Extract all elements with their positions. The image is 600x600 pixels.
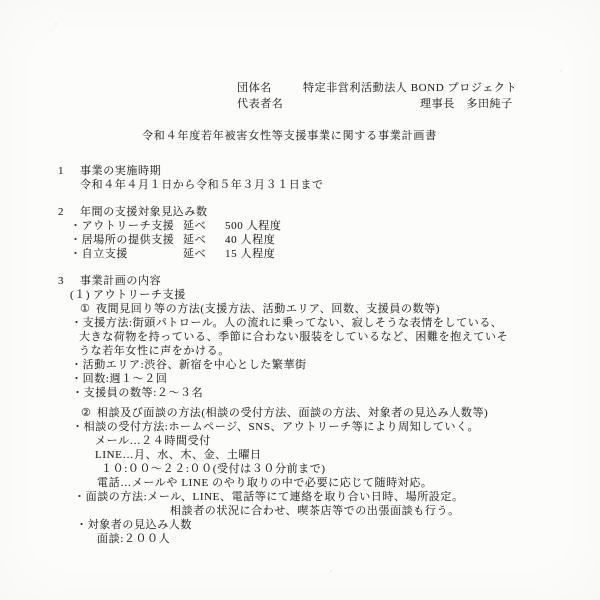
support-count: 15 人程度: [225, 248, 275, 260]
section-1-number: 1: [58, 165, 80, 178]
body-line: １０:００〜２２:００(受付は３０分前まで): [101, 463, 326, 476]
section-1-heading-text: 事業の実施時期: [80, 165, 161, 177]
body-line: ・支援方法:街頭パトロール。人の流れに乗ってない、寂しそうな表情をしている、: [71, 317, 503, 330]
support-name: ・アウトリーチ支援: [70, 220, 183, 233]
support-row: ・居場所の提供支援延べ40 人程度: [70, 234, 275, 247]
item-2-number: ②: [81, 407, 97, 420]
support-row: ・アウトリーチ支援延べ500 人程度: [70, 220, 281, 233]
document-page: 団体名 特定非営利活動法人 BOND プロジェクト 代表者名 理事長 多田純子 …: [0, 0, 600, 600]
body-line: ・回数:週１〜２回: [71, 373, 167, 386]
section-3-heading-text: 事業計画の内容: [80, 275, 161, 287]
org-label: 団体名: [237, 82, 272, 95]
document-title: 令和４年度若年被害女性等支援事業に関する事業計画書: [142, 130, 437, 143]
body-line: ・活動エリア:渋谷、新宿を中心とした繁華街: [71, 359, 307, 372]
support-row: ・自立支援延べ15 人程度: [70, 248, 275, 261]
section-2-heading: 2年間の支援対象見込み数: [58, 206, 208, 219]
scan-speck: [330, 570, 332, 572]
support-count: 500 人程度: [225, 220, 281, 232]
body-line: ・面談の方法:メール、LINE、電話等にて連絡を取り合い日時、場所設定。: [74, 491, 464, 504]
support-unit: 延べ: [183, 234, 225, 247]
section-2-number: 2: [58, 206, 80, 219]
section-3-heading: 3事業計画の内容: [58, 275, 161, 288]
section-3-number: 3: [58, 275, 80, 288]
subsection-1-heading: (１)アウトリーチ支援: [70, 289, 186, 302]
scan-speck: [560, 70, 562, 72]
section-2-heading-text: 年間の支援対象見込み数: [80, 206, 208, 218]
rep-label: 代表者名: [237, 98, 283, 111]
org-value: 特定非営利活動法人 BOND プロジェクト: [303, 82, 517, 95]
body-line: ・支援員の数等:２〜３名: [72, 387, 203, 400]
item-1-number: ①: [80, 303, 96, 316]
rep-value: 理事長 多田純子: [420, 98, 513, 111]
body-line: 大きな荷物を持っている、季節に合わない服装をしているなど、困難を抱えていそ: [79, 331, 508, 344]
item-2-heading-text: 相談及び面談の方法(相談の受付方法、面談の方法、対象者の見込み人数等): [97, 407, 488, 419]
body-line: ・相談の受付方法:ホームページ、SNS、アウトリーチ等により周知していく。: [72, 421, 479, 434]
support-name: ・居場所の提供支援: [70, 234, 183, 247]
item-2-heading: ②相談及び面談の方法(相談の受付方法、面談の方法、対象者の見込み人数等): [81, 407, 488, 420]
body-line: 電話…メールや LINE のやり取りの中で必要に応じて随時対応。: [97, 477, 433, 490]
section-1-period: 令和４年４月１日から令和５年３月３１日まで: [80, 179, 324, 192]
body-line: うな若年女性に声をかける。: [79, 345, 230, 358]
subsection-1-heading-text: アウトリーチ支援: [93, 289, 186, 301]
body-line: メール…２４時間受付: [95, 435, 211, 448]
support-count: 40 人程度: [225, 234, 275, 246]
item-1-heading-text: 夜間見回り等の方法(支援方法、活動エリア、回数、支援員の数等): [96, 303, 440, 315]
body-line: 相談者の状況に合わせ、喫茶店等での出張面談も行う。: [170, 505, 460, 518]
support-unit: 延べ: [183, 248, 225, 261]
scan-speck: [55, 23, 57, 25]
subsection-1-label: (１): [70, 289, 93, 302]
support-unit: 延べ: [183, 220, 225, 233]
body-line: ・対象者の見込み人数: [76, 519, 192, 532]
item-1-heading: ①夜間見回り等の方法(支援方法、活動エリア、回数、支援員の数等): [80, 303, 440, 316]
section-1-heading: 1事業の実施時期: [58, 165, 161, 178]
body-line: LINE…月、水、木、金、土曜日: [95, 449, 262, 462]
support-name: ・自立支援: [70, 248, 183, 261]
body-line: 面談:２００人: [97, 533, 170, 546]
